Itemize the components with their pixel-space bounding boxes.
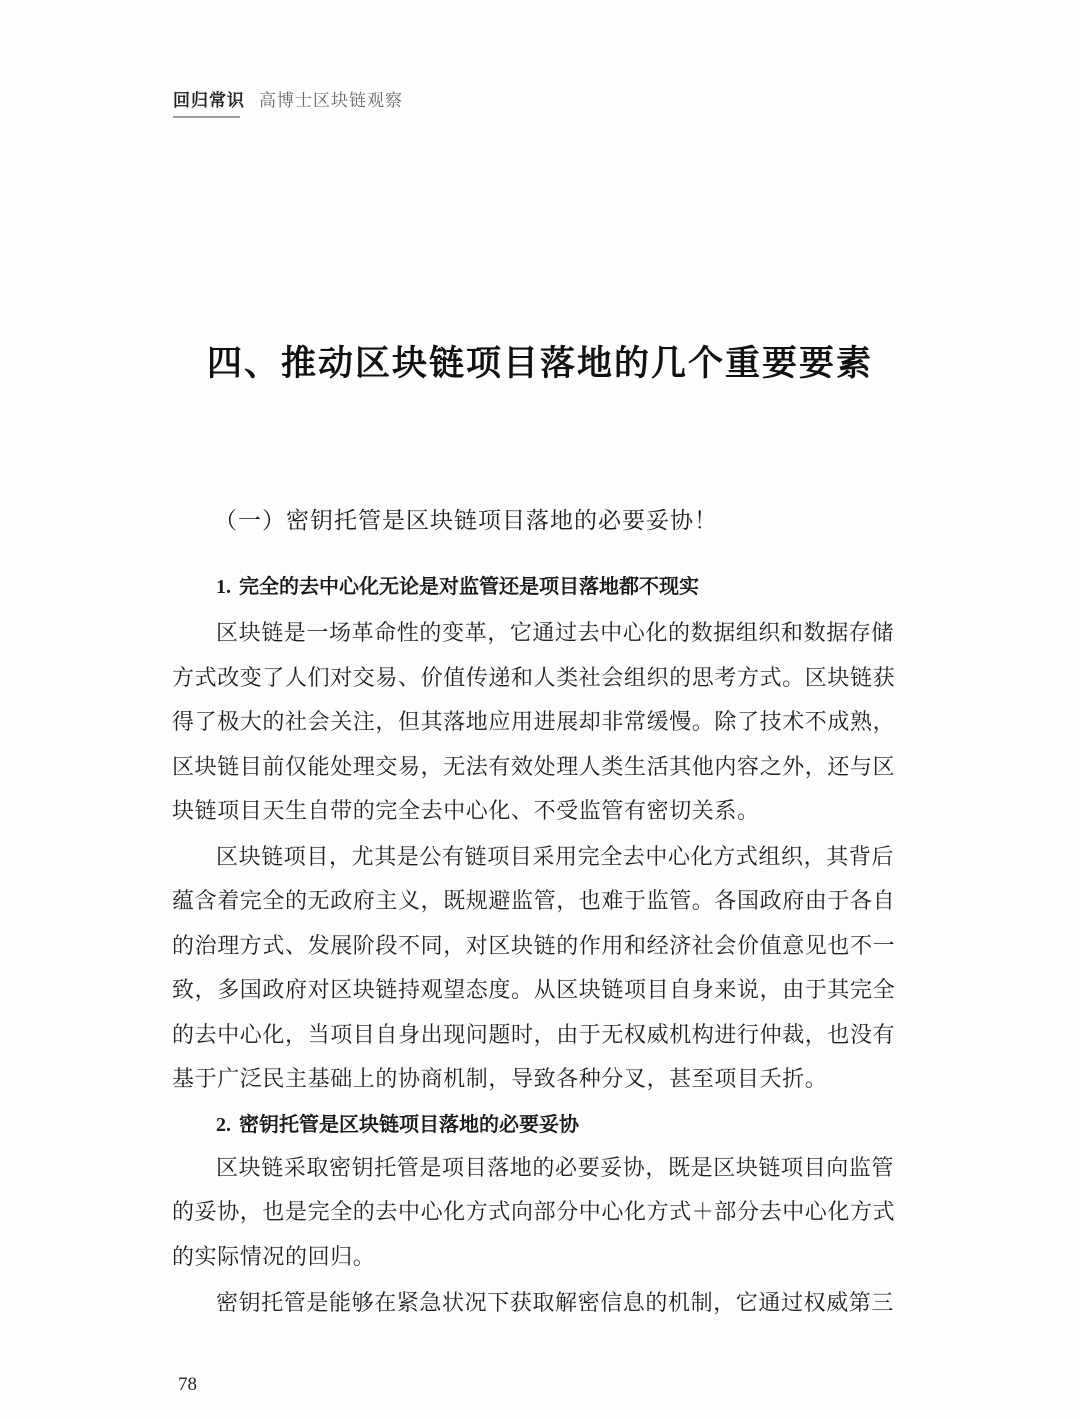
body-line: 密钥托管是能够在紧急状况下获取解密信息的机制，它通过权威第三 bbox=[216, 1286, 894, 1317]
book-title: 回归常识 bbox=[173, 91, 245, 111]
body-line: 区块链是一场革命性的变革，它通过去中心化的数据组织和数据存储 bbox=[216, 616, 894, 647]
body-line: 区块链目前仅能处理交易，无法有效处理人类生活其他内容之外，还与区 bbox=[172, 750, 895, 781]
body-line: 致，多国政府对区块链持观望态度。从区块链项目自身来说，由于其完全 bbox=[172, 973, 895, 1004]
subsection-title: 完全的去中心化无论是对监管还是项目落地都不现实 bbox=[239, 574, 699, 598]
book-subtitle: 高博士区块链观察 bbox=[259, 91, 403, 111]
subsection-heading-1: 1.完全的去中心化无论是对监管还是项目落地都不现实 bbox=[216, 570, 699, 599]
section-title: （一）密钥托管是区块链项目落地的必要妥协！ bbox=[214, 502, 718, 535]
subsection-heading-2: 2.密钥托管是区块链项目落地的必要妥协 bbox=[216, 1108, 579, 1137]
body-line: 蕴含着完全的无政府主义，既规避监管，也难于监管。各国政府由于各自 bbox=[172, 884, 895, 915]
body-line: 块链项目天生自带的完全去中心化、不受监管有密切关系。 bbox=[172, 794, 760, 825]
subsection-number: 1. bbox=[216, 576, 231, 598]
body-line: 方式改变了人们对交易、价值传递和人类社会组织的思考方式。区块链获 bbox=[172, 661, 895, 692]
page-number: 78 bbox=[178, 1374, 197, 1396]
chapter-title: 四、推动区块链项目落地的几个重要要素 bbox=[0, 336, 1080, 386]
book-page: 回归常识高博士区块链观察 四、推动区块链项目落地的几个重要要素 （一）密钥托管是… bbox=[0, 0, 1080, 1419]
subsection-number: 2. bbox=[216, 1114, 231, 1136]
body-line: 得了极大的社会关注，但其落地应用进展却非常缓慢。除了技术不成熟， bbox=[172, 705, 895, 736]
running-head: 回归常识高博士区块链观察 bbox=[173, 86, 403, 111]
body-line: 基于广泛民主基础上的协商机制，导致各种分叉，甚至项目夭折。 bbox=[172, 1062, 827, 1093]
body-line: 区块链项目，尤其是公有链项目采用完全去中心化方式组织，其背后 bbox=[216, 840, 894, 871]
header-rule bbox=[173, 116, 240, 118]
body-line: 的治理方式、发展阶段不同，对区块链的作用和经济社会价值意见也不一 bbox=[172, 929, 895, 960]
body-line: 区块链采取密钥托管是项目落地的必要妥协，既是区块链项目向监管 bbox=[216, 1151, 894, 1182]
body-line: 的实际情况的回归。 bbox=[172, 1240, 375, 1271]
body-line: 的妥协，也是完全的去中心化方式向部分中心化方式＋部分去中心化方式 bbox=[172, 1195, 895, 1226]
subsection-title: 密钥托管是区块链项目落地的必要妥协 bbox=[239, 1112, 579, 1136]
body-line: 的去中心化，当项目自身出现问题时，由于无权威机构进行仲裁，也没有 bbox=[172, 1018, 895, 1049]
